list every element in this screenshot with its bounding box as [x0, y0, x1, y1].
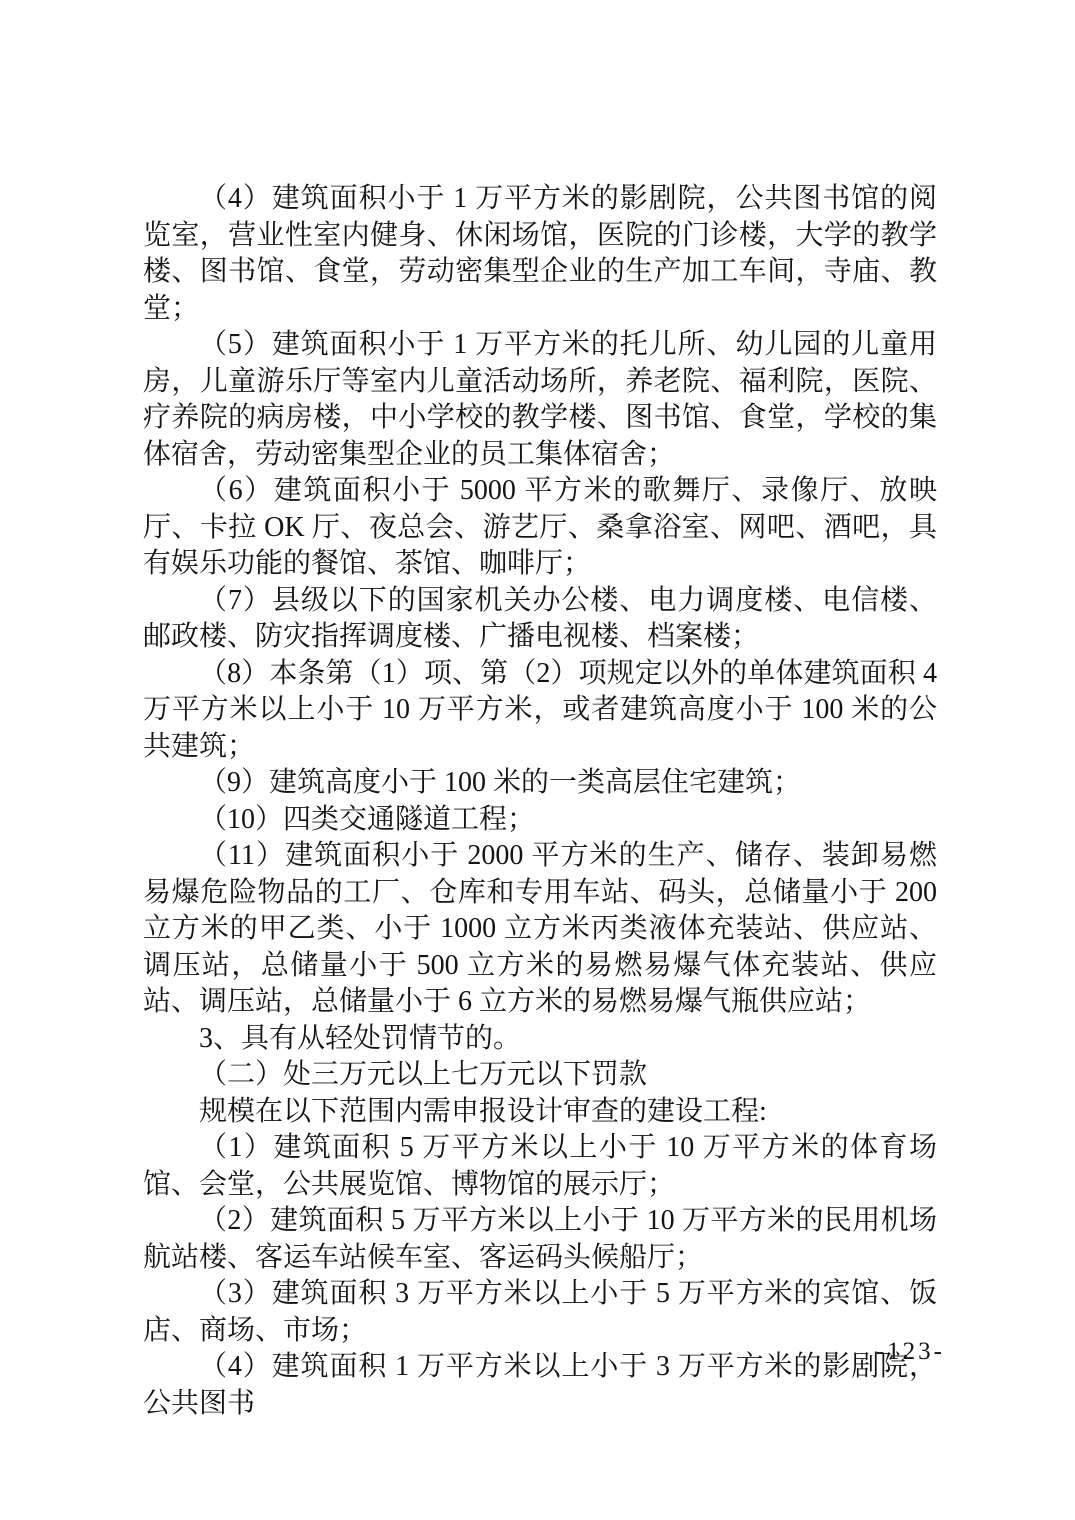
paragraph: （7）县级以下的国家机关办公楼、电力调度楼、电信楼、邮政楼、防灾指挥调度楼、广播… [143, 583, 937, 656]
document-page: （4）建筑面积小于 1 万平方米的影剧院，公共图书馆的阅览室，营业性室内健身、休… [0, 0, 1075, 1520]
paragraph: （3）建筑面积 3 万平方米以上小于 5 万平方米的宾馆、饭店、商场、市场； [143, 1276, 937, 1349]
document-body: （4）建筑面积小于 1 万平方米的影剧院，公共图书馆的阅览室，营业性室内健身、休… [143, 181, 937, 1422]
paragraph: 3、具有从轻处罚情节的。 [143, 1021, 937, 1058]
paragraph: （6）建筑面积小于 5000 平方米的歌舞厅、录像厅、放映厅、卡拉 OK 厅、夜… [143, 473, 937, 583]
paragraph: 规模在以下范围内需申报设计审查的建设工程: [143, 1094, 937, 1131]
paragraph: （8）本条第（1）项、第（2）项规定以外的单体建筑面积 4 万平方米以上小于 1… [143, 656, 937, 766]
paragraph: （5）建筑面积小于 1 万平方米的托儿所、幼儿园的儿童用房，儿童游乐厅等室内儿童… [143, 327, 937, 473]
paragraph: （1）建筑面积 5 万平方米以上小于 10 万平方米的体育场馆、会堂，公共展览馆… [143, 1130, 937, 1203]
paragraph: （二）处三万元以上七万元以下罚款 [143, 1057, 937, 1094]
paragraph: （4）建筑面积小于 1 万平方米的影剧院，公共图书馆的阅览室，营业性室内健身、休… [143, 181, 937, 327]
page-number: -123- [876, 1338, 945, 1366]
paragraph: （11）建筑面积小于 2000 平方米的生产、储存、装卸易燃易爆危险物品的工厂、… [143, 838, 937, 1021]
paragraph: （4）建筑面积 1 万平方米以上小于 3 万平方米的影剧院，公共图书 [143, 1349, 937, 1422]
paragraph: （2）建筑面积 5 万平方米以上小于 10 万平方米的民用机场航站楼、客运车站候… [143, 1203, 937, 1276]
paragraph: （9）建筑高度小于 100 米的一类高层住宅建筑； [143, 765, 937, 802]
paragraph: （10）四类交通隧道工程； [143, 802, 937, 839]
